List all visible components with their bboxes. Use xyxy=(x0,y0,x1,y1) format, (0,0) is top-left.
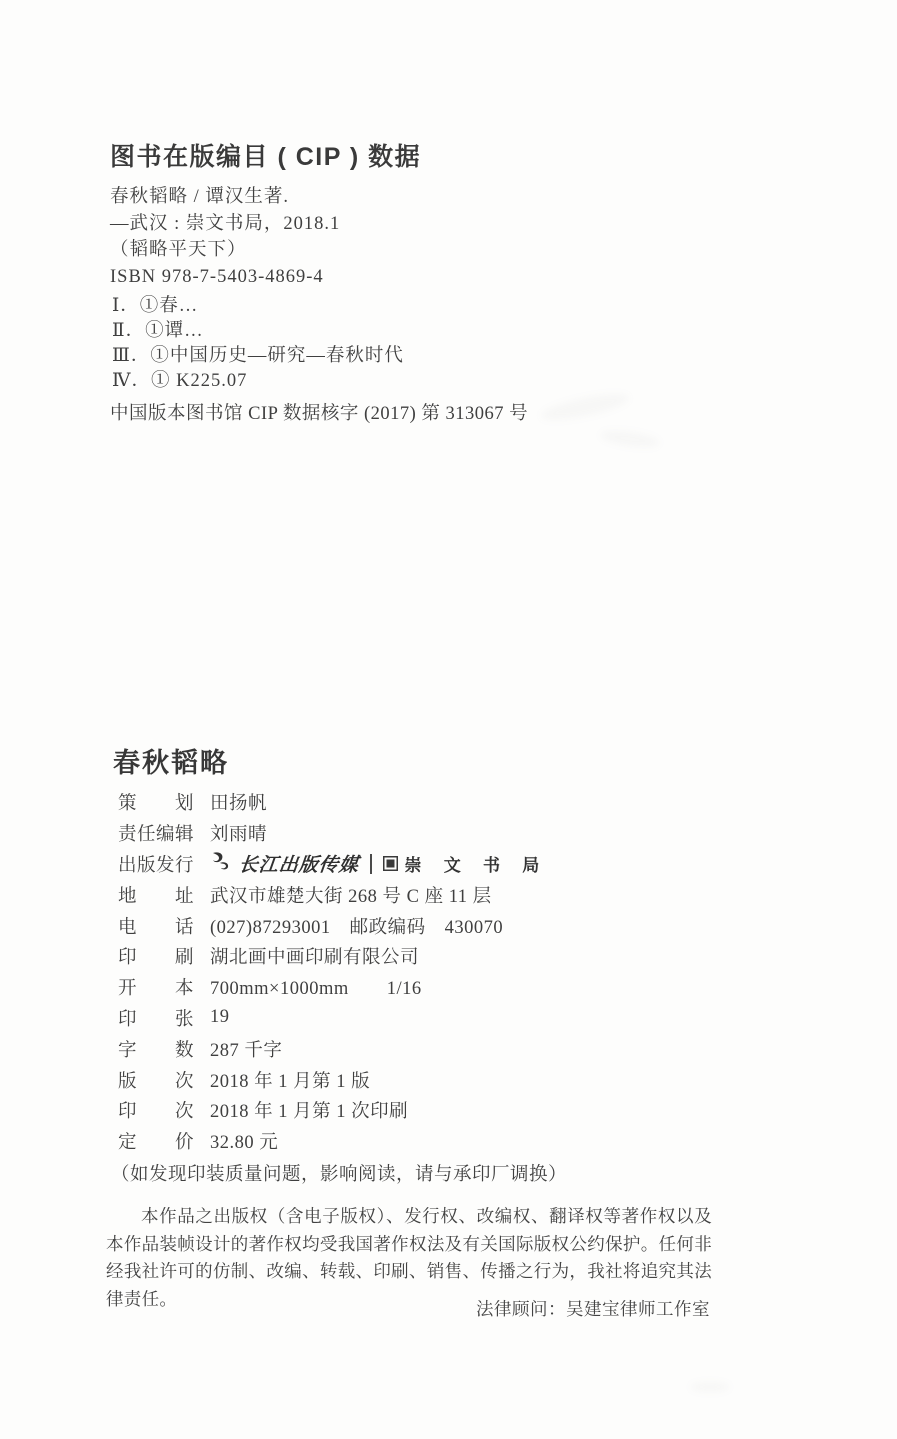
colophon-row-value: 武汉市雄楚大街 268 号 C 座 11 层 xyxy=(210,882,492,908)
colophon-row-value: 700mm×1000mm 1/16 xyxy=(210,974,422,1000)
colophon-row-value: 湖北画中画印刷有限公司 xyxy=(210,943,419,969)
colophon-row-value: 19 xyxy=(210,1007,230,1028)
colophon-row-value: 32.80 元 xyxy=(210,1128,278,1154)
colophon-row-label: 字 数 xyxy=(118,1036,194,1062)
scan-artifact xyxy=(539,389,631,425)
colophon-row: 版 次2018 年 1 月第 1 版 xyxy=(118,1064,548,1095)
colophon-row: 出版发行 长江出版传媒 崇 文 书 局 xyxy=(118,849,548,880)
colophon-row-label: 出版发行 xyxy=(118,851,194,877)
classification-line-1: Ⅰ．①春… xyxy=(112,294,404,319)
colophon-row: 印 张19 xyxy=(118,1003,548,1034)
publisher-logo: 长江出版传媒 崇 文 书 局 xyxy=(210,850,548,877)
colophon-row-value: 刘雨晴 xyxy=(210,820,267,846)
colophon-row-value: 长江出版传媒 崇 文 书 局 xyxy=(210,850,548,877)
colophon-row: 定 价32.80 元 xyxy=(118,1126,548,1157)
colophon-row-value: (027)87293001 邮政编码 430070 xyxy=(210,913,503,939)
colophon-row: 策 划田扬帆 xyxy=(118,787,548,818)
colophon-row-label: 定 价 xyxy=(118,1128,194,1154)
cip-record-number: 中国版本图书馆 CIP 数据核字 (2017) 第 313067 号 xyxy=(110,399,528,425)
cip-line-series: （韬略平天下） xyxy=(110,237,340,264)
colophon-row: 印 刷湖北画中画印刷有限公司 xyxy=(118,941,548,972)
cip-line-isbn: ISBN 978-7-5403-4869-4 xyxy=(110,264,340,291)
colophon-row: 责任编辑刘雨晴 xyxy=(118,818,548,849)
colophon-row-value: 2018 年 1 月第 1 次印刷 xyxy=(210,1097,408,1123)
logo-divider xyxy=(370,854,372,874)
colophon-row-label: 开 本 xyxy=(118,974,194,1000)
colophon-row-label: 印 张 xyxy=(118,1005,194,1031)
cip-heading: 图书在版编目 ( CIP ) 数据 xyxy=(110,137,421,173)
colophon-row: 电 话(027)87293001 邮政编码 430070 xyxy=(118,910,548,941)
chongwen-imprint-wordmark: 崇 文 书 局 xyxy=(405,851,549,876)
colophon-row: 印 次2018 年 1 月第 1 次印刷 xyxy=(118,1095,548,1126)
colophon-row-label: 印 刷 xyxy=(118,943,194,969)
legal-advisor-line: 法律顾问：吴建宝律师工作室 xyxy=(476,1296,710,1321)
colophon-row-label: 责任编辑 xyxy=(118,820,194,846)
quality-exchange-note: （如发现印装质量问题，影响阅读，请与承印厂调换） xyxy=(111,1160,567,1186)
scan-artifact xyxy=(690,1382,730,1392)
colophon-row: 地 址武汉市雄楚大街 268 号 C 座 11 层 xyxy=(118,879,548,910)
changjiang-media-logo-icon xyxy=(210,851,232,877)
colophon-row-value: 田扬帆 xyxy=(210,789,267,815)
scan-artifact xyxy=(599,428,660,450)
cip-line-publisher: —武汉 : 崇文书局，2018.1 xyxy=(110,211,340,238)
colophon-row-label: 策 划 xyxy=(118,789,194,815)
cip-description: 春秋韬略 / 谭汉生著. —武汉 : 崇文书局，2018.1 （韬略平天下） I… xyxy=(110,184,340,290)
colophon-row: 字 数287 千字 xyxy=(118,1033,548,1064)
colophon-row-label: 版 次 xyxy=(118,1067,194,1093)
changjiang-media-wordmark: 长江出版传媒 xyxy=(238,850,361,877)
colophon-row: 开 本700mm×1000mm 1/16 xyxy=(118,972,548,1003)
book-title: 春秋韬略 xyxy=(113,741,229,780)
colophon-row-label: 地 址 xyxy=(118,882,194,908)
copyright-page: 图书在版编目 ( CIP ) 数据 春秋韬略 / 谭汉生著. —武汉 : 崇文书… xyxy=(0,0,897,1439)
colophon-row-label: 电 话 xyxy=(118,913,194,939)
cip-classification: Ⅰ．①春… Ⅱ．①谭… Ⅲ．①中国历史—研究—春秋时代 Ⅳ．① K225.07 xyxy=(112,294,404,394)
cip-line-title-author: 春秋韬略 / 谭汉生著. xyxy=(110,184,340,211)
colophon-table: 策 划田扬帆责任编辑刘雨晴出版发行 长江出版传媒 崇 文 书 局 地 址武汉市雄… xyxy=(118,787,548,1157)
chongwen-seal-icon xyxy=(383,856,398,871)
colophon-row-value: 287 千字 xyxy=(210,1036,282,1062)
classification-line-3: Ⅲ．①中国历史—研究—春秋时代 xyxy=(112,344,404,369)
colophon-row-label: 印 次 xyxy=(118,1097,194,1123)
classification-line-2: Ⅱ．①谭… xyxy=(112,319,404,344)
classification-line-4: Ⅳ．① K225.07 xyxy=(112,369,404,394)
colophon-row-value: 2018 年 1 月第 1 版 xyxy=(210,1067,370,1093)
